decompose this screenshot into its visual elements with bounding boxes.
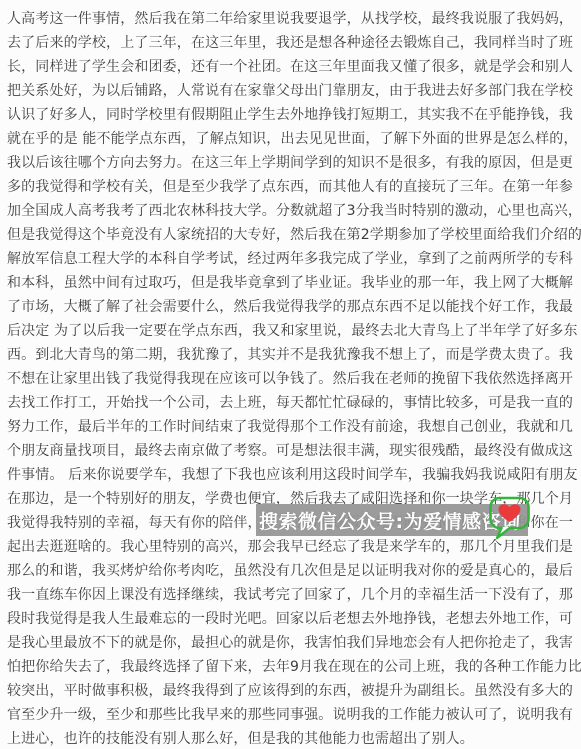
text-line: 西。到北大青鸟的第二期，我犹豫了，其实并不是我犹豫我不想上了，而是学费太贵了。我 [7, 343, 575, 367]
text-line: 和本科，虽然中间有过取巧，但是我毕竟拿到了毕业证。我毕业的那一年，我上网了大概解 [7, 271, 575, 295]
text-line: 那么的和谐，我买烤炉给你考肉吃，虽然没有几次但是足以证明我对你的爱是真心的，最后 [7, 559, 575, 583]
text-line: 就在乎的是 能不能学点东西，了解点知识，出去见见世面，了解下外面的世界是怎么样的… [7, 127, 575, 151]
text-line: 个朋友商量找项目，最终去南京做了考察。可是想法很丰满，现实很残酷，最终没有做成这 [7, 439, 575, 463]
text-line: 上进心，也许的技能没有别人那么好，但是我的其他能力也需超出了别人。 [7, 727, 575, 749]
text-line: 把关系处好，为以后铺路，人常说有在家靠父母出门靠朋友，由于我进去好多部门我在学校 [7, 79, 575, 103]
text-line: 怕把你给失去了，我最终选择了留下来，去年9月我在现在的公司上班，我的各种工作能力… [7, 655, 575, 679]
text-line: 我以后该往哪个方向去努力。在这三年上学期间学到的知识不是很多，有我的原因，但是更 [7, 151, 575, 175]
heart-bubble-icon [488, 495, 532, 541]
text-line: 长，同样进了学生会和团委，还有一个社团。在这三年里面我又懂了很多，就是学会和别人 [7, 55, 575, 79]
text-line: 后决定 为了以后我一定要在学点东西，我又和家里说，最终去北大青鸟上了半年学了好多… [7, 319, 575, 343]
paragraph: 人高考这一件事情，然后我在第二年给家里说我要退学，从找学校，最终我说服了我妈妈，… [7, 7, 575, 749]
watermark-text: 搜索微信公众号:为爱情感咨询 [256, 507, 521, 534]
text-line: 但是我觉得这个毕竟没有人家统招的大专好，然后我在第2学期参加了学校里面给我们介绍… [7, 223, 575, 247]
text-line: 解放军信息工程大学的本科自学考试，经过两年多我完成了学业，拿到了之前两所学的专科 [7, 247, 575, 271]
text-line: 件事情。 后来你说要学车，我想了下我也应该利用这段时间学车，我骗我妈我说咸阳有朋… [7, 463, 575, 487]
text-line: 认识了好多人，同时学校里有假期阻止学生去外地挣钱打短期工，其实我不在乎能挣钱，我 [7, 103, 575, 127]
text-line: 加全国成人高考我考了西北农林科技大学。分数就超了3分我当时特别的激动，心里也高兴… [7, 199, 575, 223]
text-line: 较突出，平时做事积极，最终我得到了应该得到的东西，被提升为副组长。虽然没有多大的 [7, 679, 575, 703]
text-line: 去了后来的学校，上了三年，在这三年里，我还是想各种途径去锻炼自己，我同样当时了班 [7, 31, 575, 55]
text-line: 去找工作打工，开始找一个公司，去上班，每天都忙忙碌碌的，事情比较多，可是我一直的 [7, 391, 575, 415]
text-line: 段时我觉得是我人生最难忘的一段时光吧。回家以后老想去外地挣钱，老想去外地工作，可 [7, 607, 575, 631]
text-line: 了市场，大概了解了社会需要什么，然后我觉得我学的那点东西不足以能找个好工作，我最 [7, 295, 575, 319]
text-line: 官至少升一级，至少和那些比我早来的那些同事强。说明我的工作能力被认可了，说明我有 [7, 703, 575, 727]
text-line: 不想在让家里出钱了我觉得我现在应该可以争钱了。然后我在老师的挽留下我依然选择离开 [7, 367, 575, 391]
text-line: 人高考这一件事情，然后我在第二年给家里说我要退学，从找学校，最终我说服了我妈妈， [7, 7, 575, 31]
text-line: 努力工作，最后半年的工作时间结束了我觉得那个工作没有前途，我想自己创业，我就和几 [7, 415, 575, 439]
text-line: 是我心里最放不下的就是你，最担心的就是你，我害怕我们异地恋会有人把你抢走了，我害 [7, 631, 575, 655]
text-line: 多的我觉得和学校有关，但是至少我学了点东西，而其他人有的直接玩了三年。在第一年参 [7, 175, 575, 199]
document-body: 人高考这一件事情，然后我在第二年给家里说我要退学，从找学校，最终我说服了我妈妈，… [7, 7, 575, 749]
text-line: 我一直练车你因上课没有选择继续，我试考完了回家了，几个月的幸福生活一下没有了，那 [7, 583, 575, 607]
